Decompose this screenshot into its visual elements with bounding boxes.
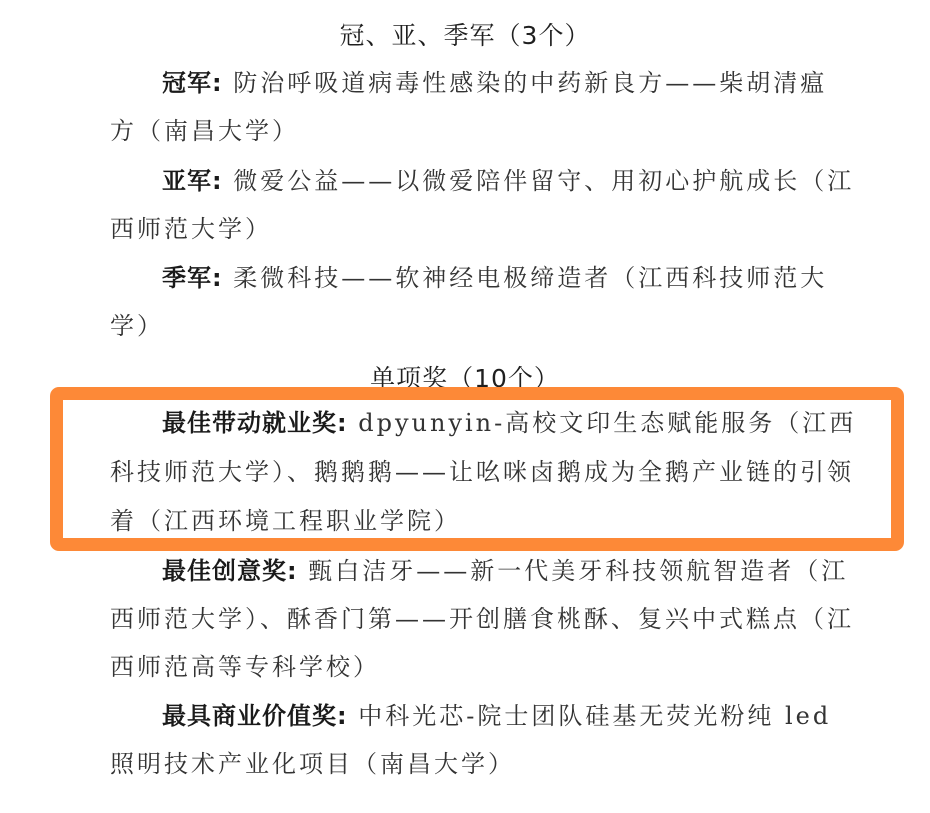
entry-champion-label: 冠军:: [162, 69, 223, 97]
entry-best-creative-line-3: 西师范高等专科学校）: [110, 652, 380, 682]
entry-best-creative-line-1: 最佳创意奖: 甄白洁牙——新一代美牙科技领航智造者（江: [162, 556, 848, 586]
entry-champion-line-1: 冠军: 防治呼吸道病毒性感染的中药新良方——柴胡清瘟: [162, 68, 827, 98]
entry-commercial-value-line-1: 最具商业价值奖: 中科光芯-院士团队硅基无荧光粉纯 led: [162, 701, 831, 731]
section-heading-top-three: 冠、亚、季军（3个）: [0, 16, 930, 52]
entry-champion-line-2: 方（南昌大学）: [110, 116, 299, 146]
entry-best-employment-line-2: 科技师范大学）、鹅鹅鹅——让吆咪卤鹅成为全鹅产业链的引领: [110, 457, 854, 487]
entry-runner-up-line-2: 西师范大学）: [110, 214, 272, 244]
document-page: 冠、亚、季军（3个） 冠军: 防治呼吸道病毒性感染的中药新良方——柴胡清瘟 方（…: [0, 0, 930, 813]
entry-runner-up-line-1: 亚军: 微爱公益——以微爱陪伴留守、用初心护航成长（江: [162, 166, 854, 196]
entry-best-creative-line-2: 西师范大学）、酥香门第——开创膳食桃酥、复兴中式糕点（江: [110, 604, 854, 634]
entry-champion-text-1: 防治呼吸道病毒性感染的中药新良方——柴胡清瘟: [233, 69, 827, 97]
entry-best-employment-label: 最佳带动就业奖:: [162, 409, 348, 437]
entry-runner-up-text-1: 微爱公益——以微爱陪伴留守、用初心护航成长（江: [233, 167, 854, 195]
entry-third-place-line-2: 学）: [110, 311, 164, 341]
entry-third-place-text-1: 柔微科技——软神经电极缔造者（江西科技师范大: [233, 264, 827, 292]
entry-best-creative-text-1: 甄白洁牙——新一代美牙科技领航智造者（江: [308, 557, 848, 585]
entry-best-employment-line-1: 最佳带动就业奖: dpyunyin-高校文印生态赋能服务（江西: [162, 408, 856, 438]
entry-best-employment-line-3: 着（江西环境工程职业学院）: [110, 506, 461, 536]
entry-best-creative-label: 最佳创意奖:: [162, 557, 298, 585]
entry-third-place-label: 季军:: [162, 264, 223, 292]
entry-commercial-value-text-1: 中科光芯-院士团队硅基无荧光粉纯 led: [358, 702, 831, 730]
entry-third-place-line-1: 季军: 柔微科技——软神经电极缔造者（江西科技师范大: [162, 263, 827, 293]
entry-commercial-value-line-2: 照明技术产业化项目（南昌大学）: [110, 749, 515, 779]
entry-runner-up-label: 亚军:: [162, 167, 223, 195]
entry-commercial-value-label: 最具商业价值奖:: [162, 702, 348, 730]
entry-best-employment-text-1: dpyunyin-高校文印生态赋能服务（江西: [358, 409, 856, 437]
